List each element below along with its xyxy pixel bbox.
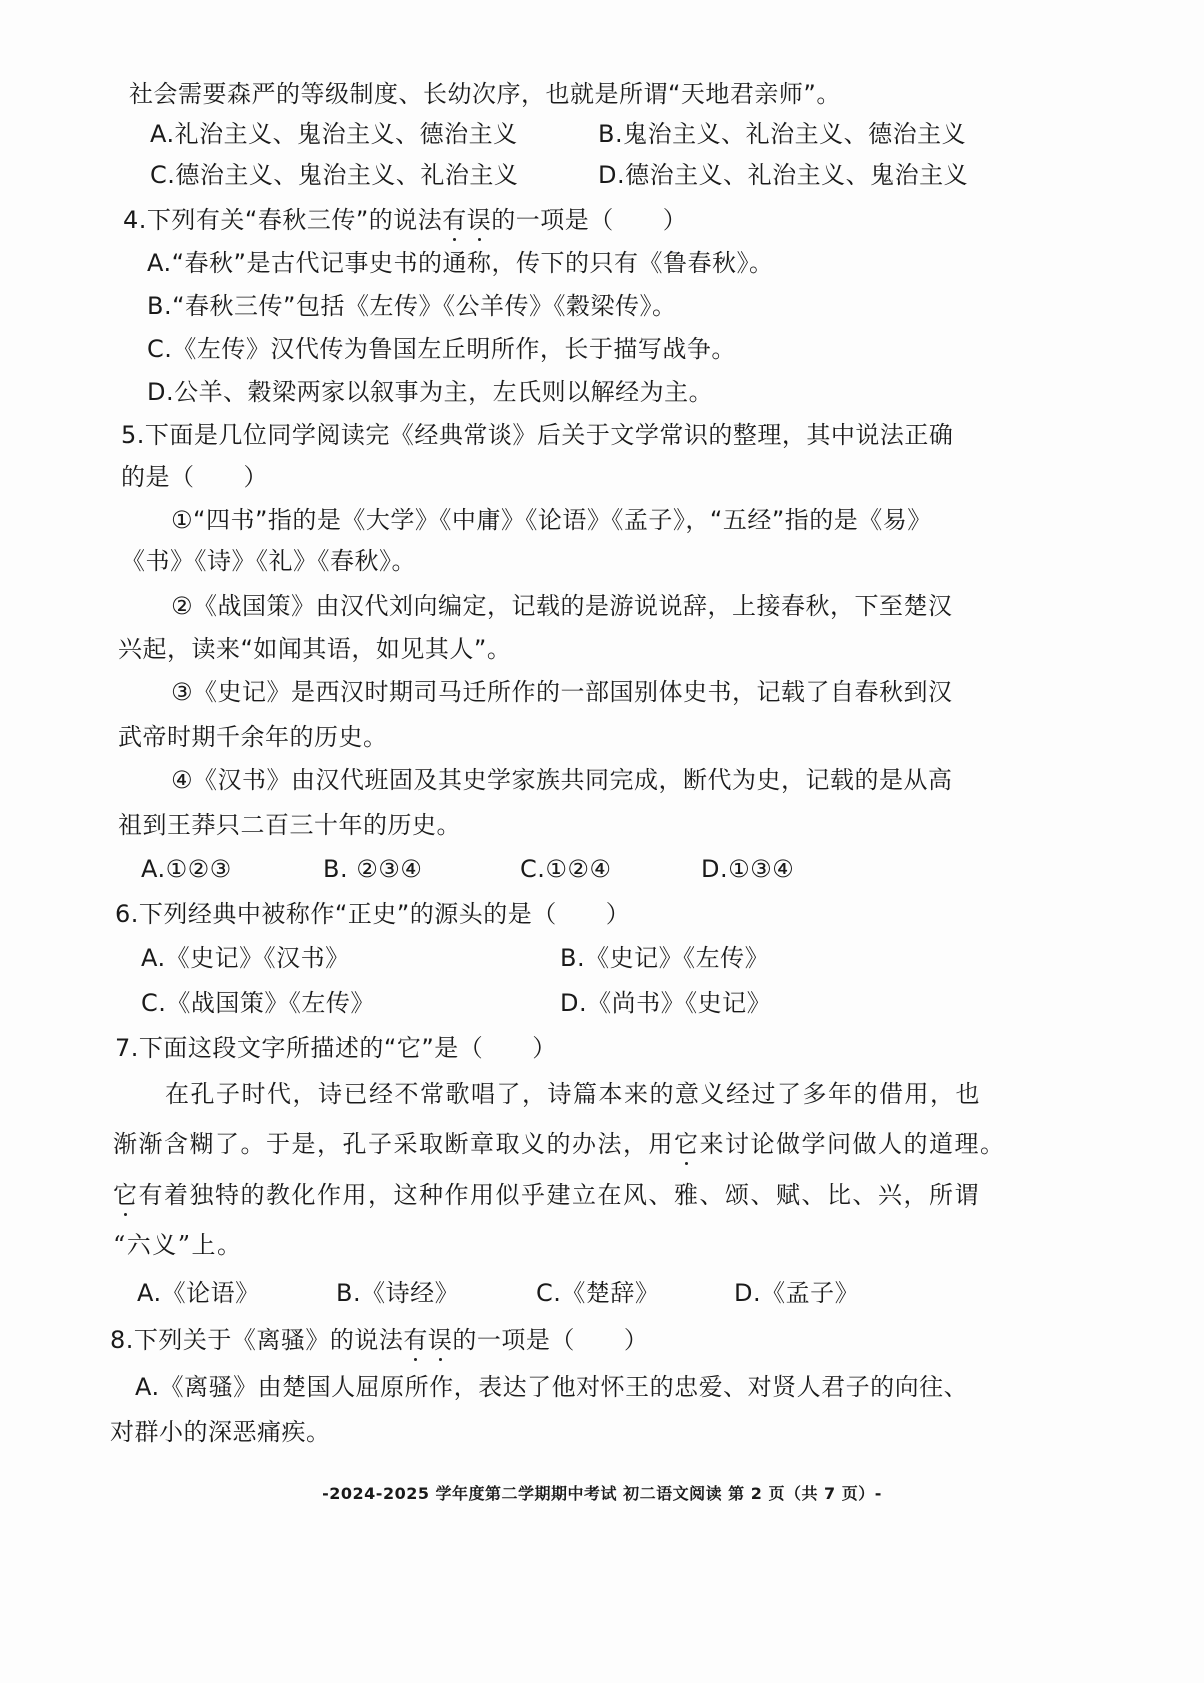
q8-option-a-line1: A.《离骚》由楚国人屈原所作，表达了他对怀王的忠爱、对贤人君子的向往、 [135, 1372, 968, 1402]
q5-option-c: C.①②④ [520, 854, 611, 884]
q4-emphasis-1: 有 [442, 206, 467, 234]
q5-item1-line1: ①“四书”指的是《大学》《中庸》《论语》《孟子》，“五经”指的是《易》 [171, 505, 932, 535]
q7-passage-line2-post: 来讨论做学问做人的道理。 [700, 1130, 1006, 1158]
q6-option-c: C.《战国策》《左传》 [141, 988, 375, 1018]
q8-stem: 8.下列关于《离骚》的说法有误的一项是（ ） [110, 1325, 648, 1355]
q4-stem-post: 的一项是（ ） [491, 206, 687, 234]
q7-passage-line3-post: 有着独特的教化作用，这种作用似乎建立在风、雅、颂、赋、比、兴，所谓 [139, 1181, 981, 1209]
q4-option-d: D.公羊、穀梁两家以叙事为主，左氏则以解经为主。 [147, 377, 713, 407]
q7-stem: 7.下面这段文字所描述的“它”是（ ） [115, 1033, 557, 1063]
q7-passage-line4: “六义”上。 [113, 1230, 243, 1260]
q6-option-d: D.《尚书》《史记》 [560, 988, 771, 1018]
q7-option-c: C.《楚辞》 [536, 1278, 659, 1308]
q3-option-c: C.德治主义、鬼治主义、礼治主义 [150, 160, 518, 190]
q4-option-b: B.“春秋三传”包括《左传》《公羊传》《穀梁传》。 [147, 291, 676, 321]
q3-text-tail: 社会需要森严的等级制度、长幼次序，也就是所谓“天地君亲师”。 [129, 79, 841, 109]
q3-option-d: D.德治主义、礼治主义、鬼治主义 [598, 160, 968, 190]
q7-passage-line3: 它有着独特的教化作用，这种作用似乎建立在风、雅、颂、赋、比、兴，所谓 [113, 1180, 980, 1210]
q5-item2-line1: ②《战国策》由汉代刘向编定，记载的是游说说辞，上接春秋，下至楚汉 [171, 591, 953, 621]
q6-option-b: B.《史记》《左传》 [560, 943, 769, 973]
q8-option-a-line2: 对群小的深恶痛疾。 [110, 1417, 331, 1447]
q8-emphasis-2: 误 [428, 1326, 453, 1354]
q8-stem-pre: 8.下列关于《离骚》的说法 [110, 1326, 403, 1354]
q5-item1-line2: 《书》《诗》《礼》《春秋》。 [121, 546, 416, 576]
q5-item2-line2: 兴起，读来“如闻其语，如见其人”。 [118, 634, 511, 664]
q5-stem-line1: 5.下面是几位同学阅读完《经典常谈》后关于文学常识的整理，其中说法正确 [121, 420, 953, 450]
q3-option-b: B.鬼治主义、礼治主义、德治主义 [598, 119, 966, 149]
q7-option-d: D.《孟子》 [734, 1278, 859, 1308]
q8-stem-post: 的一项是（ ） [452, 1326, 648, 1354]
q5-item4-line2: 祖到王莽只二百三十年的历史。 [118, 810, 461, 840]
q5-item3-line1: ③《史记》是西汉时期司马迁所作的一部国别体史书，记载了自春秋到汉 [171, 677, 953, 707]
q5-item4-line1: ④《汉书》由汉代班固及其史学家族共同完成，断代为史，记载的是从高 [171, 765, 953, 795]
q7-option-a: A.《论语》 [137, 1278, 260, 1308]
q6-option-a: A.《史记》《汉书》 [141, 943, 350, 973]
q5-stem-line2: 的是（ ） [121, 462, 268, 492]
q5-option-d: D.①③④ [701, 854, 794, 884]
q5-option-a: A.①②③ [141, 854, 232, 884]
q3-option-a: A.礼治主义、鬼治主义、德治主义 [150, 119, 518, 149]
q5-item3-line2: 武帝时期千余年的历史。 [118, 722, 388, 752]
q7-passage-line1: 在孔子时代，诗已经不常歌唱了，诗篇本来的意义经过了多年的借用，也 [165, 1079, 981, 1109]
q4-option-a: A.“春秋”是古代记事史书的通称，传下的只有《鲁春秋》。 [147, 248, 774, 278]
q8-emphasis-1: 有 [403, 1326, 428, 1354]
q4-stem-pre: 4.下列有关“春秋三传”的说法 [123, 206, 442, 234]
q7-emphasis-it-1: 它 [674, 1130, 700, 1158]
q7-option-b: B.《诗经》 [336, 1278, 459, 1308]
q6-stem: 6.下列经典中被称作“正史”的源头的是（ ） [115, 899, 630, 929]
q7-passage-line2: 渐渐含糊了。于是，孔子采取断章取义的办法，用它来讨论做学问做人的道理。 [113, 1129, 1006, 1159]
q4-stem: 4.下列有关“春秋三传”的说法有误的一项是（ ） [123, 205, 687, 235]
q4-emphasis-2: 误 [467, 206, 492, 234]
q7-emphasis-it-2: 它 [113, 1181, 139, 1209]
q7-passage-line2-pre: 渐渐含糊了。于是，孔子采取断章取义的办法，用 [113, 1130, 674, 1158]
q4-option-c: C.《左传》汉代传为鲁国左丘明所作，长于描写战争。 [147, 334, 736, 364]
page-footer: -2024-2025 学年度第二学期期中考试 初二语文阅读 第 2 页（共 7 … [0, 1483, 1204, 1505]
q5-option-b: B. ②③④ [323, 854, 422, 884]
